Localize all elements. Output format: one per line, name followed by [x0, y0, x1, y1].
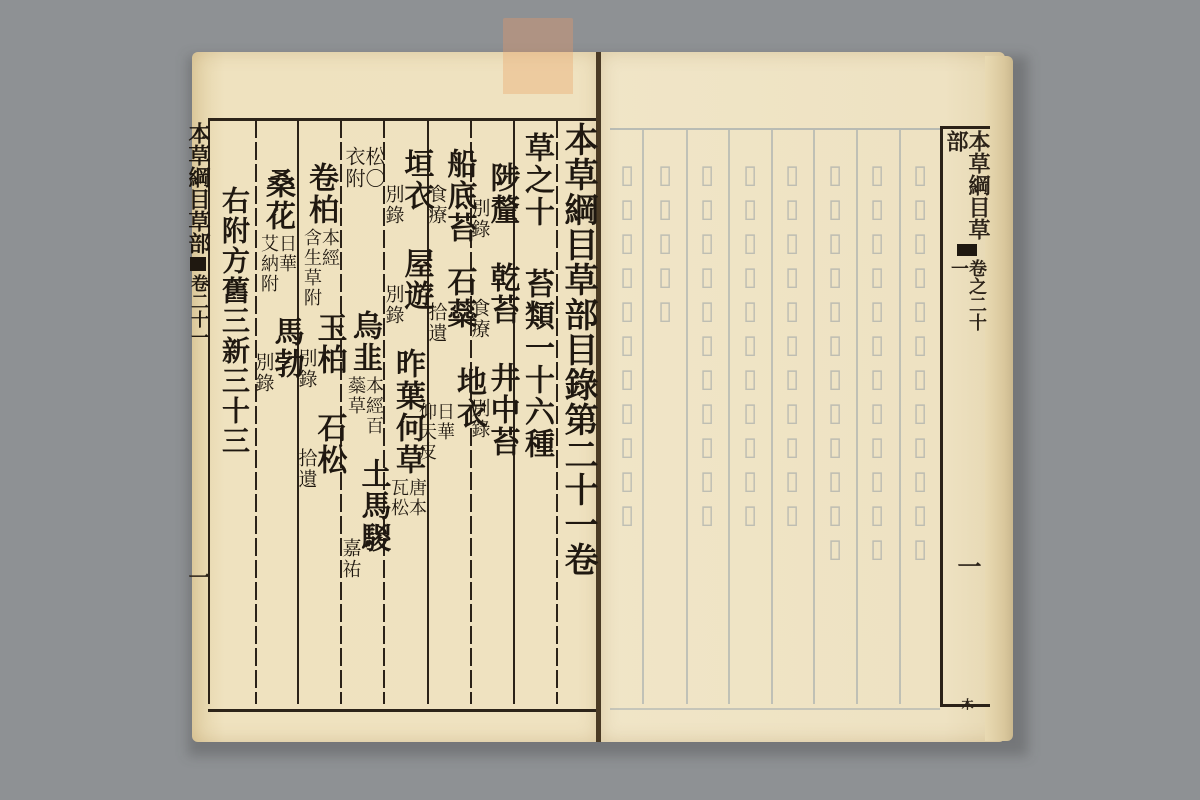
entry-source: 本經百	[364, 376, 382, 436]
entry: 卷柏 本經 含生草附	[302, 162, 338, 308]
fishtail-mark-icon	[190, 257, 206, 271]
entry-name: 屋遊	[401, 248, 431, 312]
entry-column-4: 松〇 衣附 烏韭 本經百 蘂草 土馬騣 嘉祐	[343, 122, 385, 726]
entry-name: 陟釐	[487, 162, 517, 226]
bleed-through-text: ▯▯▯▯▯▯▯▯▯▯▯▯	[905, 160, 935, 568]
bleed-through-text: ▯▯▯▯▯▯▯▯▯▯▯▯	[862, 160, 892, 568]
heading-column: 本草綱目草部目錄第二十一卷	[558, 122, 598, 702]
entry-name: 桑花	[262, 168, 292, 232]
ghost-rule	[856, 130, 858, 704]
entry-column-6: 桑花 日華 艾納附 馬勃 別錄	[257, 122, 297, 748]
bleed-through-text: ▯▯▯▯▯▯▯▯▯▯▯	[612, 160, 642, 534]
entry-note-line: 瓦松	[389, 478, 407, 518]
entry-source: 本經	[320, 228, 338, 308]
entry-note: 本經 含生草附	[302, 228, 338, 308]
bleed-through-text: ▯▯▯▯▯	[650, 160, 680, 330]
category-column: 草之十 苔類一十六種	[515, 122, 557, 702]
page-heading: 本草綱目草部目錄第二十一卷	[561, 122, 595, 577]
entry-note: 本經百 蘂草	[346, 376, 382, 436]
entry: 桑花 日華 艾納附	[259, 168, 295, 294]
side-volume-text: 卷之二十一	[949, 259, 985, 335]
entry-name: 船底苔	[444, 148, 474, 244]
entry-name: 土馬騣	[358, 458, 388, 554]
entry-name: 卷柏	[305, 162, 335, 226]
entry-column-2: 船底苔 食療 石蘂 拾遺 地衣 日華 仰天皮	[429, 122, 471, 728]
side-title-text: 本草綱目草部	[945, 130, 989, 241]
entry-source: 日華	[277, 234, 295, 294]
entry: 昨葉何草 唐本 瓦松	[389, 348, 425, 518]
collector-seal-stain	[503, 52, 573, 94]
entry-column-3: 垣衣 別錄 屋遊 別錄 昨葉何草 唐本 瓦松	[386, 122, 428, 728]
category-label: 草之十	[521, 132, 551, 228]
entry-source: 唐本	[407, 478, 425, 518]
entry-name: 地衣	[453, 366, 483, 430]
entry-note-prefix: 衣附	[344, 146, 364, 190]
ghost-rule	[686, 130, 688, 704]
left-side-title: 本草綱目草部 卷二十一 一	[186, 122, 210, 702]
right-page-border	[940, 126, 943, 706]
ghost-rule	[813, 130, 815, 704]
summary-column: 右附方舊三新三十三	[214, 122, 254, 766]
ghost-rule	[899, 130, 901, 704]
side-page-mark: 一	[955, 554, 979, 578]
entry-name: 馬勃	[271, 316, 301, 380]
right-page-border-top	[940, 126, 990, 129]
entry-column-5: 卷柏 本經 含生草附 玉柏 別錄 石松 拾遺	[299, 122, 341, 742]
entry-note-line: 艾納附	[259, 234, 277, 294]
entry: 馬勃 別錄	[254, 316, 301, 394]
fishtail-mark-icon	[957, 244, 977, 256]
entry: 烏韭 本經百 蘂草	[346, 310, 382, 436]
bleed-through-text: ▯▯▯▯▯▯▯▯▯▯▯▯	[820, 160, 850, 568]
entry-name: 井中苔	[487, 362, 517, 458]
entry-name: 烏韭	[349, 310, 379, 374]
right-side-title: 本草綱目草部 卷之二十一 一 木	[950, 130, 984, 710]
entry: 石松 拾遺	[297, 412, 344, 490]
side-page-mark: 一	[187, 566, 209, 588]
entry-note-line: 蘂草	[346, 376, 364, 436]
entry: 松〇 衣附	[344, 146, 384, 190]
entry-name: 玉柏	[314, 312, 344, 376]
entry-name: 松〇	[364, 146, 384, 190]
summary-text: 右附方舊三新三十三	[220, 186, 248, 456]
entry: 土馬騣 嘉祐	[341, 458, 388, 580]
entry-note-line: 含生草附	[302, 228, 320, 308]
entry-name: 乾苔	[487, 262, 517, 326]
entry-name: 石松	[314, 412, 344, 476]
ghost-rule	[728, 130, 730, 704]
entry-name: 垣衣	[401, 148, 431, 212]
ghost-rule	[642, 130, 644, 704]
entry-name: 石蘂	[444, 266, 474, 330]
side-volume-text: 卷二十一	[189, 274, 207, 346]
entry-note: 日華 艾納附	[259, 234, 295, 294]
side-title-text: 本草綱目草部	[187, 122, 209, 254]
ghost-rule	[771, 130, 773, 704]
bottom-mark: 木	[961, 698, 973, 710]
bleed-through-text: ▯▯▯▯▯▯▯▯▯▯▯	[777, 160, 807, 534]
bleed-through-text: ▯▯▯▯▯▯▯▯▯▯▯	[692, 160, 722, 534]
entry-name: 昨葉何草	[392, 348, 422, 476]
bleed-through-text: ▯▯▯▯▯▯▯▯▯▯▯	[735, 160, 765, 534]
entry: 垣衣 別錄	[384, 148, 431, 226]
entry-note: 唐本 瓦松	[389, 478, 425, 518]
category-subtitle: 苔類一十六種	[521, 268, 551, 460]
entry: 屋遊 別錄	[384, 248, 431, 326]
